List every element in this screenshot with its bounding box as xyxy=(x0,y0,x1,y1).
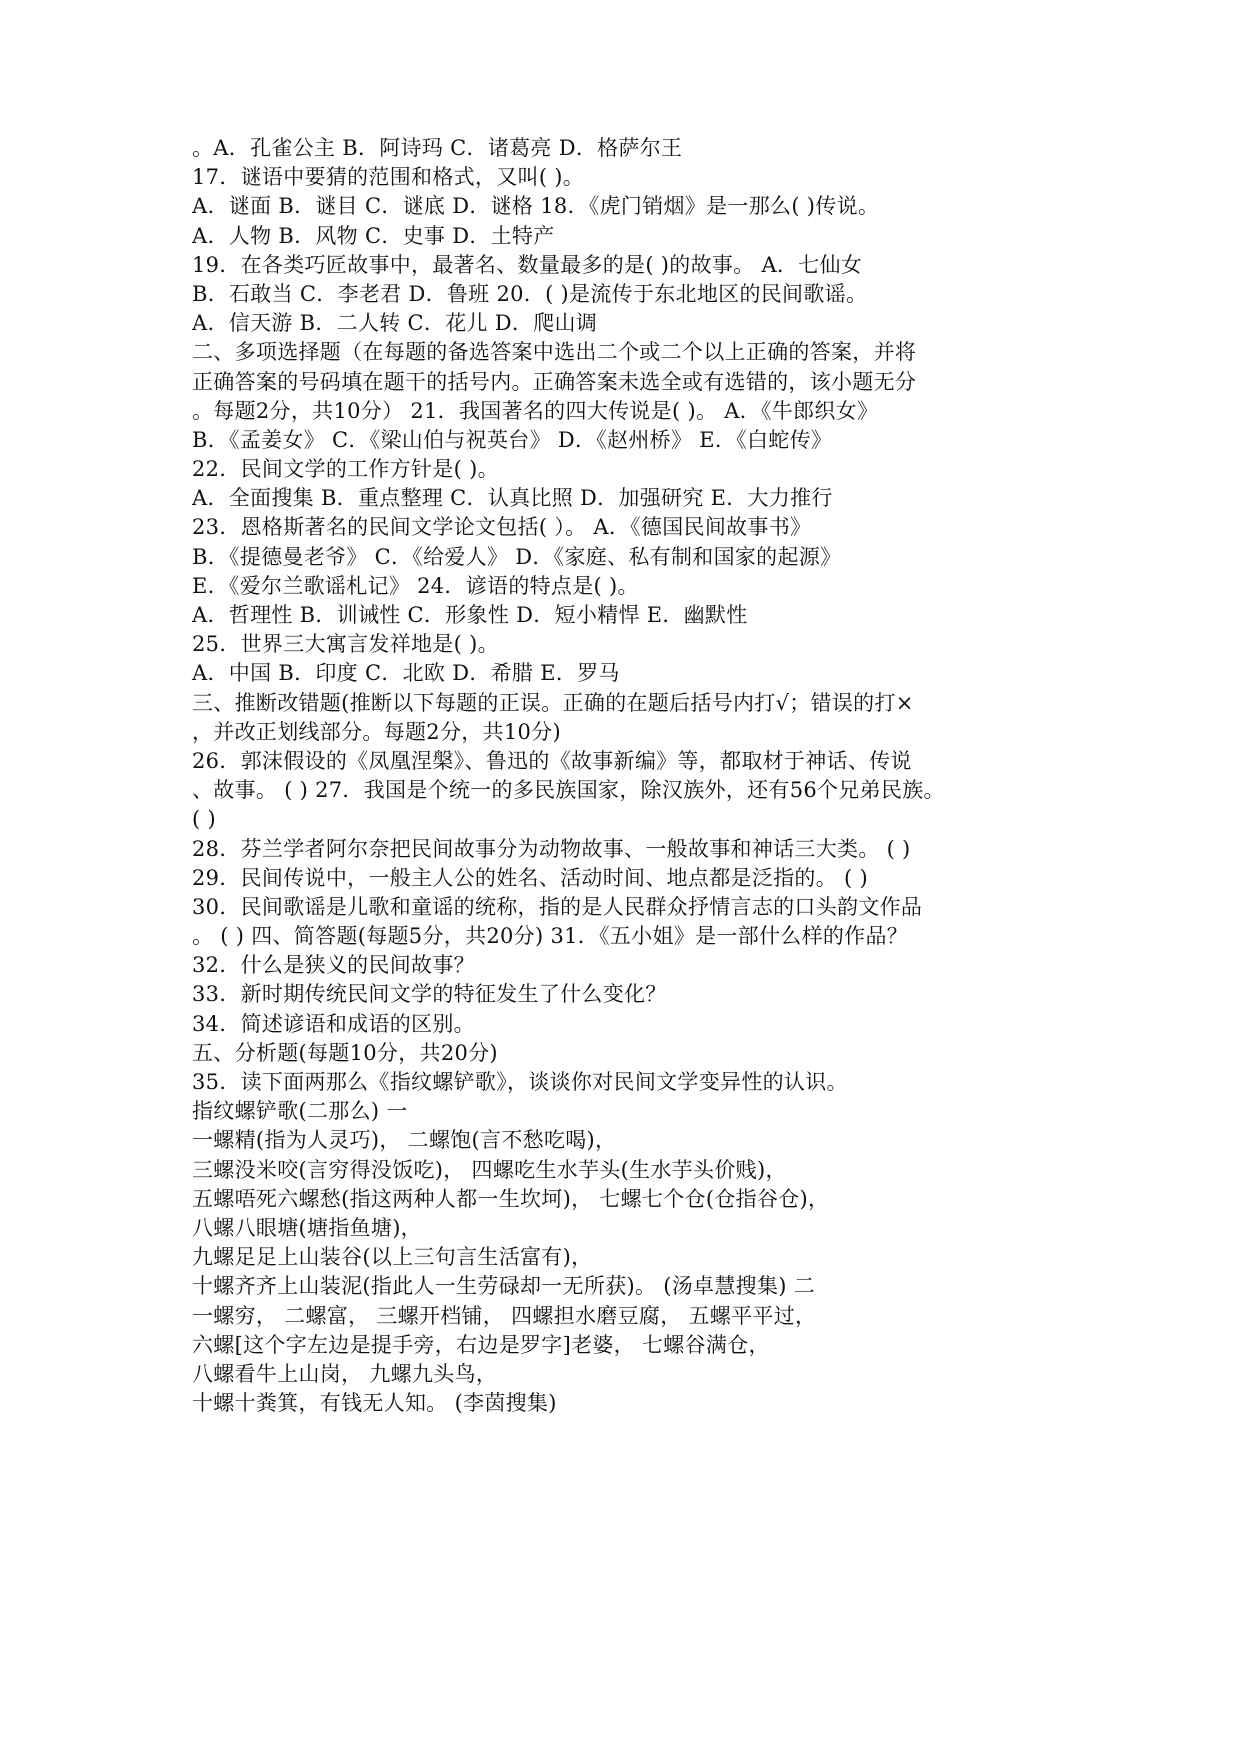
question-26: 26．郭沫假设的《凤凰涅槃》、鲁迅的《故事新编》等，都取材于神话、传说 xyxy=(192,747,1052,776)
question-25: 25．世界三大寓言发祥地是( )。 xyxy=(192,630,1052,659)
question-33: 33．新时期传统民间文学的特征发生了什么变化？ xyxy=(192,980,1052,1009)
question-30: 30．民间歌谣是儿歌和童谣的统称，指的是人民群众抒情言志的口头韵文作品 xyxy=(192,893,1052,922)
text-line: ，并改正划线部分。每题2分，共10分) xyxy=(192,718,1052,747)
question-32: 32．什么是狭义的民间故事？ xyxy=(192,951,1052,980)
text-line: A．信天游 B．二人转 C．花儿 D．爬山调 xyxy=(192,309,1052,338)
section-heading-2: 二、多项选择题（在每题的备选答案中选出二个或二个以上正确的答案，并将 xyxy=(192,338,1052,367)
question-20: B．石敢当 C．李老君 D．鲁班 20．( )是流传于东北地区的民间歌谣。 xyxy=(192,280,1052,309)
question-31: 。 ( ) 四、简答题(每题5分，共20分) 31．《五小姐》是一部什么样的作品… xyxy=(192,922,1052,951)
text-line: A．人物 B．风物 C．史事 D．土特产 xyxy=(192,222,1052,251)
text-line: B．《孟姜女》 C．《梁山伯与祝英台》 D．《赵州桥》 E．《白蛇传》 xyxy=(192,426,1052,455)
poem-line: 一螺穷， 二螺富， 三螺开档铺， 四螺担水磨豆腐， 五螺平平过， xyxy=(192,1302,1052,1331)
text-line: A．中国 B．印度 C．北欧 D．希腊 E．罗马 xyxy=(192,659,1052,688)
poem-title: 指纹螺铲歌(二那么) 一 xyxy=(192,1097,1052,1126)
question-34: 34．简述谚语和成语的区别。 xyxy=(192,1010,1052,1039)
poem-line: 十螺十粪箕，有钱无人知。 (李茵搜集) xyxy=(192,1389,1052,1418)
question-19: 19．在各类巧匠故事中，最著名、数量最多的是( )的故事。 A．七仙女 xyxy=(192,251,1052,280)
question-28: 28．芬兰学者阿尔奈把民间故事分为动物故事、一般故事和神话三大类。 ( ) xyxy=(192,835,1052,864)
question-35: 35．读下面两那么《指纹螺铲歌》，谈谈你对民间文学变异性的认识。 xyxy=(192,1068,1052,1097)
text-line: B．《提德曼老爷》 C．《给爱人》 D．《家庭、私有制和国家的起源》 xyxy=(192,543,1052,572)
poem-line: 三螺没米咬(言穷得没饭吃)， 四螺吃生水芋头(生水芋头价贱)， xyxy=(192,1156,1052,1185)
text-line: A．哲理性 B．训诫性 C．形象性 D．短小精悍 E．幽默性 xyxy=(192,601,1052,630)
question-24: E．《爱尔兰歌谣札记》 24．谚语的特点是( )。 xyxy=(192,572,1052,601)
section-heading-5: 五、分析题(每题10分，共20分) xyxy=(192,1039,1052,1068)
question-21: 。每题2分，共10分） 21．我国著名的四大传说是( )。 A．《牛郎织女》 xyxy=(192,397,1052,426)
poem-line: 十螺齐齐上山装泥(指此人一生劳碌却一无所获)。 (汤卓慧搜集) 二 xyxy=(192,1272,1052,1301)
poem-line: 一螺精(指为人灵巧)， 二螺饱(言不愁吃喝)， xyxy=(192,1126,1052,1155)
text-line: 。A．孔雀公主 B．阿诗玛 C．诸葛亮 D．格萨尔王 xyxy=(192,134,1052,163)
question-23: 23．恩格斯著名的民间文学论文包括( ）。 A．《德国民间故事书》 xyxy=(192,513,1052,542)
poem-line: 八螺八眼塘(塘指鱼塘)， xyxy=(192,1214,1052,1243)
text-line: ( ) xyxy=(192,805,1052,834)
text-line: A．全面搜集 B．重点整理 C．认真比照 D．加强研究 E．大力推行 xyxy=(192,484,1052,513)
question-29: 29．民间传说中，一般主人公的姓名、活动时间、地点都是泛指的。 ( ) xyxy=(192,864,1052,893)
poem-line: 六螺[这个字左边是提手旁，右边是罗字]老婆， 七螺谷满仓， xyxy=(192,1331,1052,1360)
poem-line: 五螺唔死六螺愁(指这两种人都一生坎坷)， 七螺七个仓(仓指谷仓)， xyxy=(192,1185,1052,1214)
question-18: A．谜面 B．谜目 C．谜底 D．谜格 18．《虎门销烟》是一那么( )传说。 xyxy=(192,192,1052,221)
question-22: 22．民间文学的工作方针是( )。 xyxy=(192,455,1052,484)
poem-line: 九螺足足上山装谷(以上三句言生活富有)， xyxy=(192,1243,1052,1272)
document-page: 。A．孔雀公主 B．阿诗玛 C．诸葛亮 D．格萨尔王 17．谜语中要猜的范围和格… xyxy=(192,134,1052,1418)
text-line: 正确答案的号码填在题干的括号内。正确答案未选全或有选错的，该小题无分 xyxy=(192,368,1052,397)
question-17: 17．谜语中要猜的范围和格式，又叫( )。 xyxy=(192,163,1052,192)
question-27: 、故事。 ( ) 27．我国是个统一的多民族国家，除汉族外，还有56个兄弟民族。 xyxy=(192,776,1052,805)
poem-line: 八螺看牛上山岗， 九螺九头鸟， xyxy=(192,1360,1052,1389)
section-heading-3: 三、推断改错题(推断以下每题的正误。正确的在题后括号内打√；错误的打× xyxy=(192,689,1052,718)
